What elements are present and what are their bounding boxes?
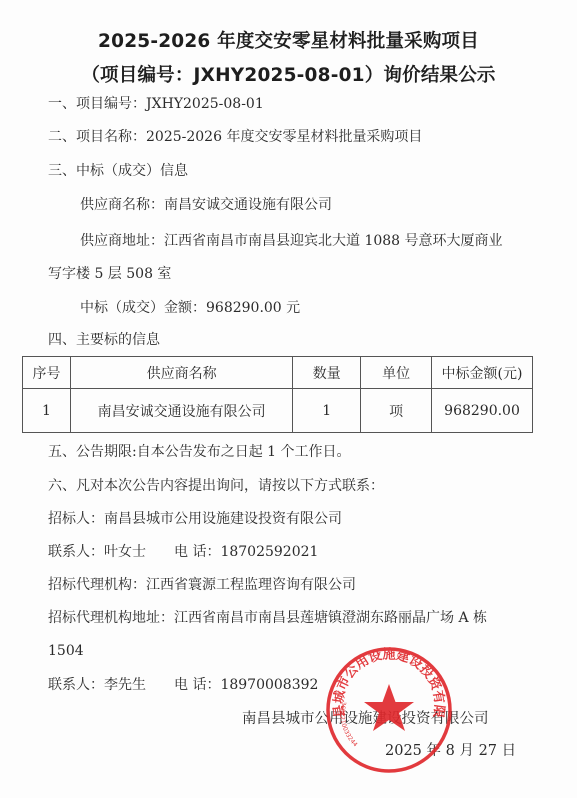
table-row: 1 南昌安诚交通设施有限公司 1 项 968290.00 [23, 389, 533, 433]
agency-contact: 联系人：李先生 电 话：18970008392 [48, 676, 318, 694]
supplier-address-line1: 供应商地址：江西省南昌市南昌县迎宾北大道 1088 号意环大厦商业 [80, 232, 503, 250]
award-amount: 中标（成交）金额：968290.00 元 [80, 299, 300, 317]
section-main-subject-heading: 四、主要标的信息 [48, 331, 160, 349]
cell-award-amount: 968290.00 [432, 389, 533, 433]
section-inquiry: 六、凡对本次公告内容提出询问，请按以下方式联系： [48, 477, 384, 495]
cell-supplier-name: 南昌安诚交通设施有限公司 [70, 389, 292, 433]
agency: 招标代理机构：江西省寰源工程监理咨询有限公司 [48, 576, 356, 594]
header-supplier-name: 供应商名称 [70, 357, 292, 389]
header-award-amount: 中标金额(元) [432, 357, 533, 389]
agency-address-line2: 1504 [48, 642, 84, 660]
agency-address-line1: 招标代理机构地址：江西省南昌市南昌县莲塘镇澄湖东路丽晶广场 A 栋 [48, 609, 487, 627]
signature-date: 2025 年 8 月 27 日 [385, 739, 516, 760]
cell-index: 1 [23, 389, 71, 433]
section-notice-period: 五、公告期限:自本公告发布之日起 1 个工作日。 [48, 443, 351, 461]
section-project-name: 二、项目名称：2025-2026 年度交安零星材料批量采购项目 [48, 128, 422, 146]
announcement-page: 2025-2026 年度交安零星材料批量采购项目 （项目编号：JXHY2025-… [0, 0, 577, 798]
supplier-name: 供应商名称：南昌安诚交通设施有限公司 [80, 196, 332, 214]
document-title-line1: 2025-2026 年度交安零星材料批量采购项目 [0, 27, 577, 53]
document-title-line2: （项目编号：JXHY2025-08-01）询价结果公示 [0, 61, 577, 87]
supplier-address-line2: 写字楼 5 层 508 室 [48, 265, 171, 283]
section-award-info-heading: 三、中标（成交）信息 [48, 162, 188, 180]
header-quantity: 数量 [293, 357, 361, 389]
bid-table: 序号 供应商名称 数量 单位 中标金额(元) 1 南昌安诚交通设施有限公司 1 … [22, 356, 533, 433]
table-header-row: 序号 供应商名称 数量 单位 中标金额(元) [23, 357, 533, 389]
header-unit: 单位 [361, 357, 432, 389]
tenderer-contact: 联系人：叶女士 电 话：18702592021 [48, 543, 318, 561]
signature-company: 南昌县城市公用设施建设投资有限公司 [242, 707, 489, 728]
cell-unit: 项 [361, 389, 432, 433]
section-project-number: 一、项目编号：JXHY2025-08-01 [48, 95, 264, 113]
tenderer: 招标人：南昌县城市公用设施建设投资有限公司 [48, 510, 342, 528]
header-index: 序号 [23, 357, 71, 389]
cell-quantity: 1 [293, 389, 361, 433]
